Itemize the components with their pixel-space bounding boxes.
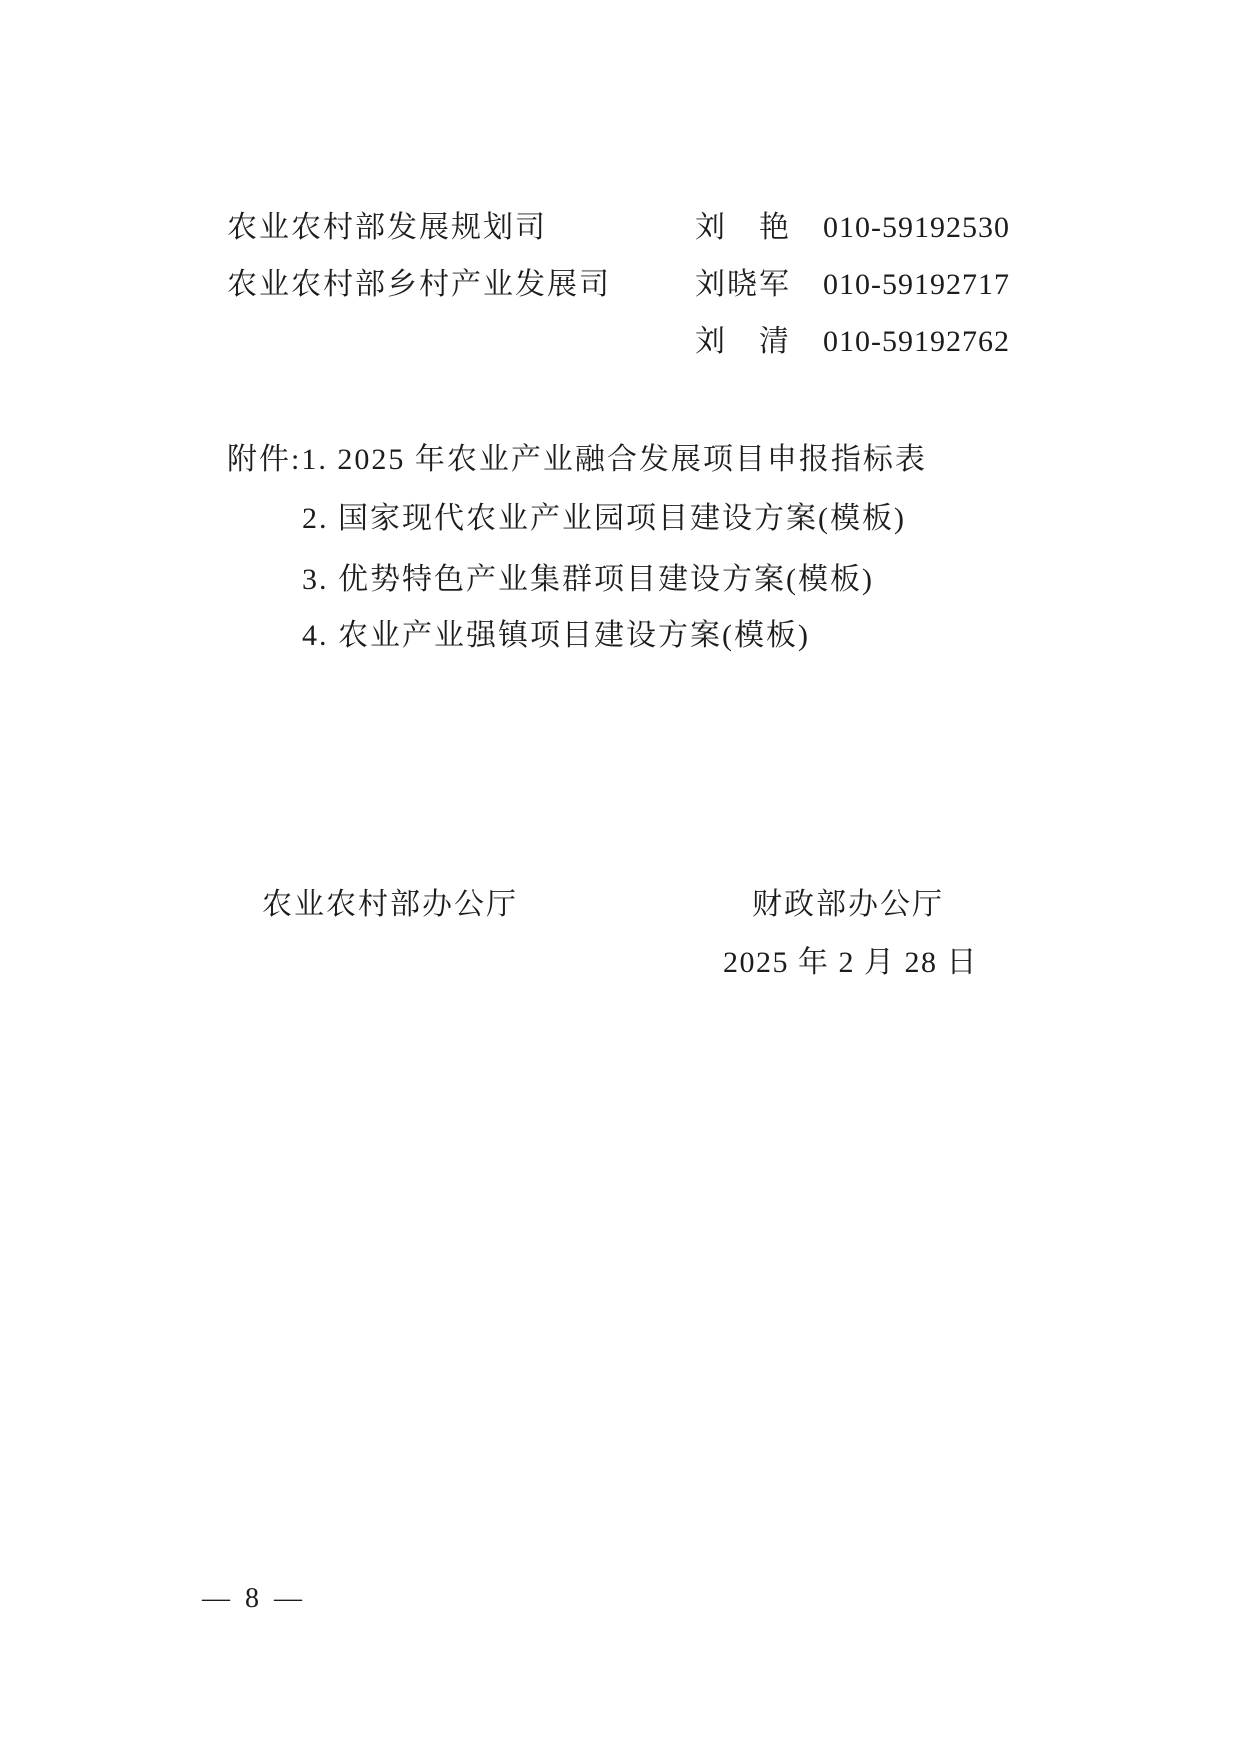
attachment-item: 2. 国家现代农业产业园项目建设方案(模板) [302, 501, 906, 537]
attachment-item: 3. 优势特色产业集群项目建设方案(模板) [302, 562, 874, 598]
contact-row: 农业农村部发展规划司 刘 艳 010-59192530 [227, 210, 1027, 246]
issuer-left: 农业农村部办公厅 [262, 887, 518, 923]
contact-phone: 010-59192530 [823, 210, 1010, 246]
issue-date: 2025 年 2 月 28 日 [723, 945, 978, 981]
attachment-item: 4. 农业产业强镇项目建设方案(模板) [302, 618, 810, 654]
contact-person-name: 刘 清 [695, 324, 791, 360]
contact-row: 刘 清 010-59192762 [227, 324, 1027, 360]
page-number: — 8 — [202, 1581, 306, 1617]
contact-phone: 010-59192762 [823, 324, 1010, 360]
contact-dept: 农业农村部乡村产业发展司 [227, 267, 611, 303]
contact-phone: 010-59192717 [823, 267, 1010, 303]
attachments-first-line: 附件:1. 2025 年农业产业融合发展项目申报指标表 [227, 442, 927, 478]
contact-dept: 农业农村部发展规划司 [227, 210, 547, 246]
attachments-label: 附件: [227, 443, 301, 476]
contact-person-name: 刘晓军 [695, 267, 791, 303]
contact-person-name: 刘 艳 [695, 210, 791, 246]
attachment-item: 1. 2025 年农业产业融合发展项目申报指标表 [301, 443, 927, 476]
document-page: 农业农村部发展规划司 刘 艳 010-59192530 农业农村部乡村产业发展司… [0, 0, 1240, 1753]
issuer-right: 财政部办公厅 [752, 887, 944, 923]
contact-row: 农业农村部乡村产业发展司 刘晓军 010-59192717 [227, 267, 1027, 303]
